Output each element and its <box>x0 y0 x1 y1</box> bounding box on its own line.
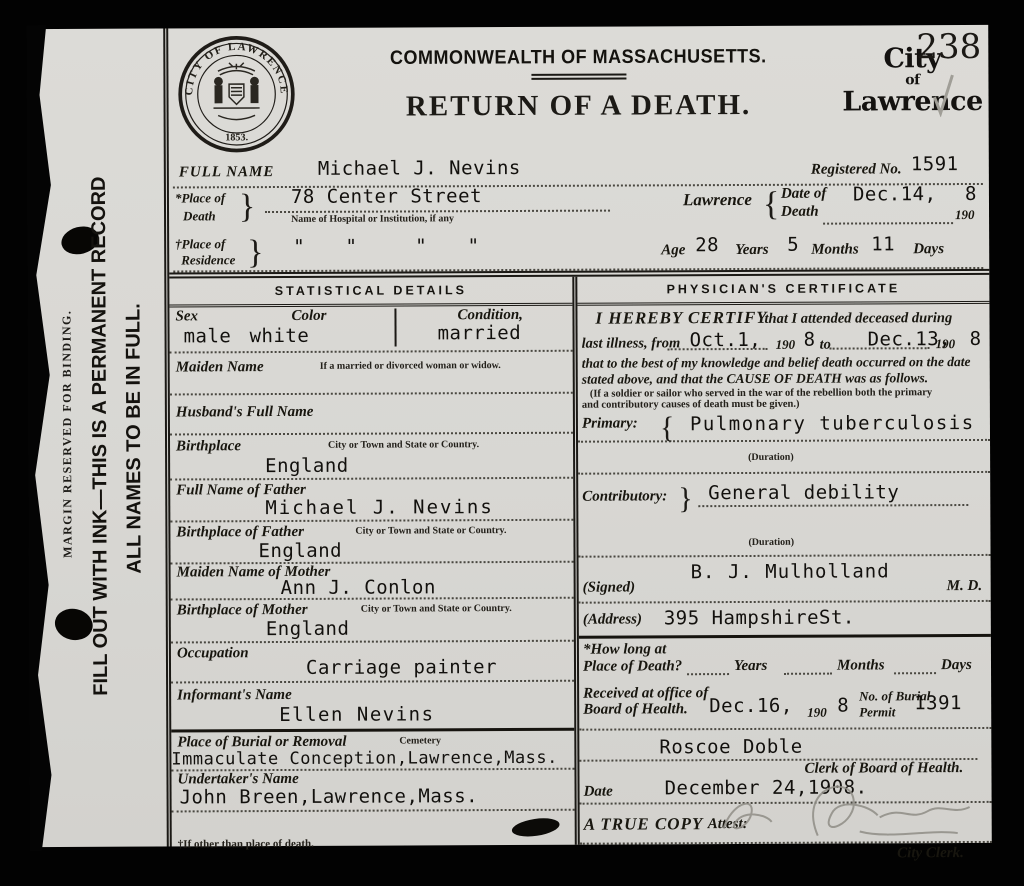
address-value: 395 HampshireSt. <box>664 607 855 630</box>
statistical-details-column: STATISTICAL DETAILS Sex male Color white… <box>169 277 579 847</box>
color-label: Color <box>291 308 326 325</box>
phys-header: PHYSICIAN'S CERTIFICATE <box>667 281 901 296</box>
mother-birthplace-row: Birthplace of Mother City or Town and St… <box>171 599 574 644</box>
return-of-death-title: RETURN OF A DEATH. <box>348 89 808 124</box>
geo-note: City or Town and State or Country. <box>328 439 479 451</box>
signed-label: (Signed) <box>583 579 636 596</box>
color-value: white <box>250 325 310 347</box>
brace: } <box>678 482 693 516</box>
contributory-label: Contributory: <box>582 488 667 505</box>
date-of-death-value: Dec.14, <box>853 183 937 205</box>
heading-rule <box>531 73 626 79</box>
hl-days-label: Days <box>941 657 972 674</box>
death-certificate-paper: MARGIN RESERVED FOR BINDING. FILL OUT WI… <box>32 25 992 847</box>
address-label: (Address) <box>583 612 642 629</box>
city-clerk-label: City Clerk. <box>897 845 964 862</box>
header-center: COMMONWEALTH OF MASSACHUSETTS. RETURN OF… <box>348 46 808 124</box>
pencil-checkmark <box>930 73 956 117</box>
maiden-name-label: Maiden Name <box>176 359 264 376</box>
city-seal: CITY OF LAWRENCE 1853. <box>176 34 297 155</box>
permit-no-value: 1391 <box>914 692 962 714</box>
received-label-2: Board of Health. <box>583 701 688 718</box>
stat-footnote: †If other than place of death. <box>178 838 314 851</box>
birthplace-value: England <box>265 455 349 477</box>
mother-birthplace-value: England <box>266 618 350 640</box>
undertaker-value: John Breen,Lawrence,Mass. <box>180 785 479 808</box>
years-value: 5 <box>787 234 799 256</box>
from-year-typed: 8 <box>804 329 816 351</box>
place-of-death-row: *Place of Death } 78 Center Street Name … <box>173 183 983 235</box>
condition-value: married <box>438 322 522 344</box>
received-date-value: Dec.16, <box>709 695 793 717</box>
duration-label: (Duration) <box>748 452 794 463</box>
form: CITY OF LAWRENCE 1853. <box>163 25 992 847</box>
residence-ditto-marks: " " " " <box>293 235 485 258</box>
form-header: CITY OF LAWRENCE 1853. <box>168 25 989 157</box>
signed-value: B. J. Mulholland <box>691 560 890 583</box>
to-year-printed: 190 <box>936 336 956 352</box>
margin-note-binding: MARGIN RESERVED FOR BINDING. <box>59 294 75 574</box>
informant-row: Informant's Name Ellen Nevins <box>171 682 574 733</box>
rule <box>784 672 832 675</box>
maiden-name-row: Maiden Name If a married or divorced wom… <box>170 352 573 396</box>
days-label: Days <box>913 241 944 258</box>
primary-cause-row: Primary: { Pulmonary tuberculosis <box>578 408 990 443</box>
full-name-label: FULL NAME <box>179 164 275 181</box>
primary-cause-value: Pulmonary tuberculosis <box>690 412 975 435</box>
stat-footer-area: †If other than place of death. <box>172 811 575 847</box>
registered-no-value: 1591 <box>911 153 959 175</box>
received-row: Received at office of Board of Health. D… <box>579 682 991 731</box>
columns: STATISTICAL DETAILS Sex male Color white… <box>169 275 991 847</box>
margin-note-names: ALL NAMES TO BE IN FULL. <box>122 274 146 604</box>
torn-edge <box>26 25 64 851</box>
city-clerk-signature <box>709 769 979 846</box>
physicians-certificate-column: PHYSICIAN'S CERTIFICATE I HEREBY CERTIFY… <box>577 275 991 845</box>
sex-label: Sex <box>175 308 198 325</box>
sex-color-condition-row: Sex male Color white Condition, married <box>169 306 572 354</box>
full-name-value: Michael J. Nevins <box>318 157 521 180</box>
certify-rest: that I attended deceased during <box>764 310 952 328</box>
informant-label: Informant's Name <box>177 687 292 704</box>
place-of-death-value: 78 Center Street <box>291 185 482 208</box>
age-value: 28 <box>695 234 719 256</box>
birthplace-row: Birthplace City or Town and State or Cou… <box>170 434 573 481</box>
to-year-typed: 8 <box>970 328 982 350</box>
residence-label-2: Residence <box>181 252 235 268</box>
registered-no-label: Registered No. <box>811 161 902 178</box>
rule <box>668 347 768 350</box>
years-label: Years <box>735 242 768 259</box>
death-city-value: Lawrence <box>683 190 752 210</box>
soldier-note-1: (If a soldier or sailor who served in th… <box>590 387 932 399</box>
mother-name-value: Ann J. Conlon <box>281 576 436 599</box>
occupation-value: Carriage painter <box>306 656 497 679</box>
date-of-death-label-2: Death <box>781 204 819 221</box>
geo-note: City or Town and State or Country. <box>355 525 506 537</box>
hl-months-label: Months <box>837 658 885 675</box>
duration-row-2: (Duration) <box>578 536 990 558</box>
burial-row: Place of Burial or Removal Cemetery Imma… <box>171 731 574 772</box>
duration-label: (Duration) <box>748 536 794 547</box>
maiden-name-note: If a married or divorced woman or widow. <box>320 360 501 372</box>
seal-crest <box>213 63 259 120</box>
husband-name-label: Husband's Full Name <box>176 404 314 422</box>
rule <box>894 671 936 674</box>
residence-row: †Place of Residence } " " " " Age 28 Yea… <box>173 231 983 273</box>
seal-year: 1853. <box>225 132 248 143</box>
stat-header-row: STATISTICAL DETAILS <box>169 277 572 308</box>
father-birthplace-value: England <box>258 540 342 562</box>
father-name-row: Full Name of Father Michael J. Nevins <box>170 479 573 523</box>
primary-label: Primary: <box>582 416 638 433</box>
months-label: Months <box>811 241 859 258</box>
commonwealth-heading: COMMONWEALTH OF MASSACHUSETTS. <box>348 45 808 70</box>
from-year-printed: 190 <box>776 337 796 353</box>
date-of-death-label-1: Date of <box>781 186 826 203</box>
date-label: Date <box>584 784 613 801</box>
received-year-typed: 8 <box>837 694 849 716</box>
age-label: Age <box>661 242 685 259</box>
permit-label-2: Permit <box>859 704 895 720</box>
belief-line: that to the best of my knowledge and bel… <box>582 354 971 372</box>
certify-strong: I HEREBY CERTIFY <box>595 308 767 329</box>
father-birthplace-row: Birthplace of Father City or Town and St… <box>170 521 573 565</box>
year-printed: 190 <box>955 207 975 223</box>
contributory-value: General debility <box>708 481 899 504</box>
signed-row: B. J. Mulholland (Signed) M. D. <box>579 556 991 605</box>
rule <box>830 346 930 349</box>
margin-note-ink: FILL OUT WITH INK—THIS IS A PERMANENT RE… <box>88 164 113 709</box>
occupation-row: Occupation Carriage painter <box>171 642 574 684</box>
how-long-row: *How long at Place of Death? Years Month… <box>579 637 991 684</box>
ink-blob <box>511 816 561 840</box>
year-typed: 8 <box>965 183 977 205</box>
rule <box>823 221 953 225</box>
rule <box>698 503 968 507</box>
mother-birthplace-label: Birthplace of Mother <box>177 602 308 620</box>
md-label: M. D. <box>947 578 982 595</box>
informant-value: Ellen Nevins <box>279 703 434 726</box>
father-birthplace-label: Birthplace of Father <box>176 524 304 542</box>
true-copy-label: A TRUE COPY <box>584 814 704 835</box>
how-long-label-1: *How long at <box>583 641 666 658</box>
burial-value: Immaculate Conception,Lawrence,Mass. <box>171 748 558 770</box>
brace: { <box>763 186 779 224</box>
place-of-death-label-2: Death <box>183 208 216 224</box>
contributory-row: Contributory: } General debility <box>578 473 990 537</box>
brace: { <box>660 412 675 446</box>
husband-name-row: Husband's Full Name <box>170 394 573 436</box>
lawrence-word: Lawrence <box>836 86 988 118</box>
certify-paragraph: I HEREBY CERTIFY that I attended decease… <box>577 304 989 410</box>
attest-row: A TRUE COPY Attest: <box>580 803 992 845</box>
clerk-name-value: Roscoe Doble <box>659 735 802 758</box>
hl-years-label: Years <box>734 658 767 675</box>
mother-name-row: Maiden Name of Mother Ann J. Conlon <box>171 563 574 601</box>
birthplace-label: Birthplace <box>176 438 241 455</box>
father-name-value: Michael J. Nevins <box>265 496 494 519</box>
hospital-note: Name of Hospital or Institution, if any <box>291 213 454 225</box>
brace: } <box>247 234 263 272</box>
place-of-death-label-1: *Place of <box>175 190 225 206</box>
illness-pre: last illness, from <box>582 335 681 352</box>
page-number: 238 <box>916 27 981 67</box>
to-word: to <box>820 337 831 354</box>
residence-label-1: †Place of <box>175 236 225 252</box>
received-label-1: Received at office of <box>583 685 708 703</box>
how-long-label-2: Place of Death? <box>583 658 682 675</box>
undertaker-row: Undertaker's Name John Breen,Lawrence,Ma… <box>171 770 574 813</box>
document-photo: MARGIN RESERVED FOR BINDING. FILL OUT WI… <box>0 0 1024 886</box>
stated-line: stated above, and that the CAUSE OF DEAT… <box>582 370 928 388</box>
sex-value: male <box>184 325 232 347</box>
received-year-printed: 190 <box>807 705 827 721</box>
geo-note: City or Town and State or Country. <box>361 603 512 615</box>
rule <box>394 309 396 347</box>
stat-header: STATISTICAL DETAILS <box>275 283 467 298</box>
rule <box>687 672 729 675</box>
duration-row-1: (Duration) <box>578 441 990 475</box>
cemetery-note: Cemetery <box>399 735 441 746</box>
address-row: (Address) 395 HampshireSt. <box>579 602 991 639</box>
occupation-label: Occupation <box>177 645 249 662</box>
phys-header-row: PHYSICIAN'S CERTIFICATE <box>577 275 989 306</box>
brace: } <box>239 188 255 226</box>
months-value: 11 <box>871 233 895 255</box>
